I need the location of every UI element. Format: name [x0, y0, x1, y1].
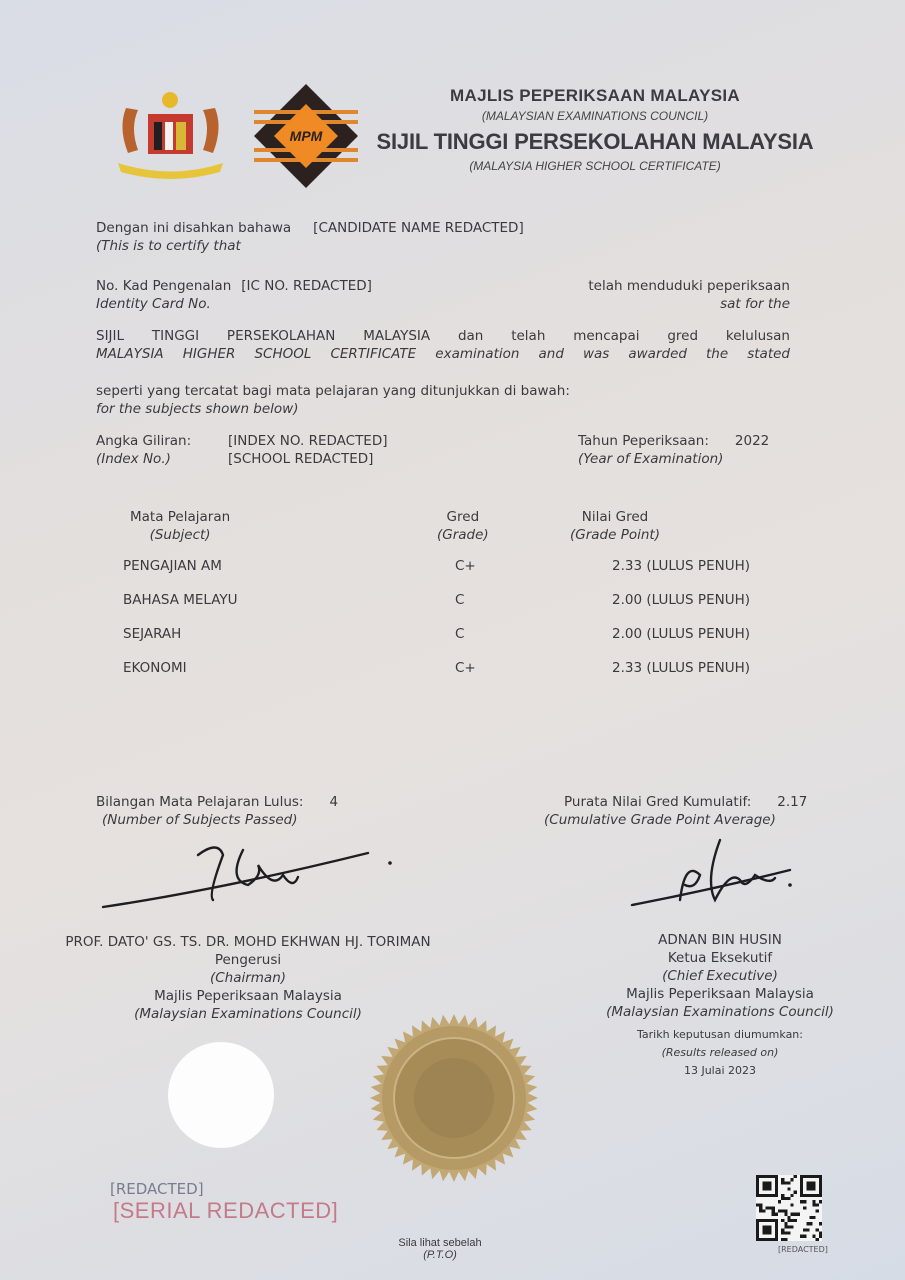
chairman-name: PROF. DATO' GS. TS. DR. MOHD EKHWAN HJ. … — [40, 933, 456, 951]
year-value: 2022 — [735, 433, 769, 449]
certify-block: Dengan ini disahkan bahawa[CANDIDATE NAM… — [96, 219, 524, 255]
passed-value: 4 — [329, 794, 338, 810]
chief-executive-signature — [630, 830, 800, 925]
qr-caption: [REDACTED] — [778, 1245, 828, 1254]
body-line-2: MALAYSIA HIGHER SCHOOL CERTIFICATE exami… — [96, 345, 790, 363]
coat-of-arms-icon — [108, 88, 233, 183]
school-name: [SCHOOL REDACTED] — [228, 450, 388, 468]
identity-block: No. Kad Pengenalan[IC NO. REDACTED] Iden… — [96, 277, 372, 313]
subjects-passed-block: Bilangan Mata Pelajaran Lulus:4 (Number … — [96, 793, 338, 829]
result-row: BAHASA MELAYUC2.00 (LULUS PENUH) — [115, 592, 765, 626]
index-label-block: Angka Giliran: (Index No.) — [96, 432, 191, 468]
punched-hole — [168, 1042, 274, 1148]
certificate-title: SIJIL TINGGI PERSEKOLAHAN MALAYSIA — [370, 129, 820, 155]
passed-label: Bilangan Mata Pelajaran Lulus: — [96, 794, 303, 810]
result-row: SEJARAHC2.00 (LULUS PENUH) — [115, 626, 765, 660]
sat-for-en: sat for the — [588, 295, 790, 313]
mpm-logo-icon: MPM — [252, 82, 360, 190]
chief-executive-name: ADNAN BIN HUSIN — [590, 931, 850, 949]
body-line-3: seperti yang tercatat bagi mata pelajara… — [96, 382, 570, 400]
cgpa-value: 2.17 — [777, 794, 807, 810]
result-row: EKONOMIC+2.33 (LULUS PENUH) — [115, 660, 765, 694]
gold-seal-icon — [368, 1012, 540, 1184]
body-line-1: SIJIL TINGGI PERSEKOLAHAN MALAYSIA dan t… — [96, 327, 790, 345]
index-value-block: [INDEX NO. REDACTED] [SCHOOL REDACTED] — [228, 432, 388, 468]
serial-number: [SERIAL REDACTED] — [113, 1198, 338, 1224]
results-table: Mata Pelajaran(Subject) Gred(Grade) Nila… — [115, 508, 765, 694]
col-grade-point: Nilai Gred(Grade Point) — [570, 508, 660, 544]
chief-executive-block: ADNAN BIN HUSIN Ketua Eksekutif (Chief E… — [590, 931, 850, 1080]
sat-for-block: telah menduduki peperiksaan sat for the — [588, 277, 790, 313]
col-grade: Gred(Grade) — [437, 508, 489, 544]
index-label: Angka Giliran: — [96, 432, 191, 450]
serial-top: [REDACTED] — [110, 1180, 204, 1198]
ic-label: No. Kad Pengenalan — [96, 278, 231, 294]
cgpa-block: Purata Nilai Gred Kumulatif:2.17 (Cumula… — [544, 793, 807, 829]
svg-text:MPM: MPM — [290, 128, 323, 144]
passed-label-en: (Number of Subjects Passed) — [96, 811, 338, 829]
certify-label: Dengan ini disahkan bahawa — [96, 220, 291, 236]
ic-label-en: Identity Card No. — [96, 295, 372, 313]
certificate-title-en: (MALAYSIA HIGHER SCHOOL CERTIFICATE) — [370, 159, 820, 173]
body-line-4: for the subjects shown below) — [96, 400, 299, 418]
council-name-en: (MALAYSIAN EXAMINATIONS COUNCIL) — [370, 109, 820, 123]
results-header: Mata Pelajaran(Subject) Gred(Grade) Nila… — [115, 508, 765, 558]
year-label: Tahun Peperiksaan: — [578, 433, 709, 449]
chairman-block: PROF. DATO' GS. TS. DR. MOHD EKHWAN HJ. … — [40, 933, 456, 1023]
cgpa-label-en: (Cumulative Grade Point Average) — [544, 811, 807, 829]
cgpa-label: Purata Nilai Gred Kumulatif: — [564, 794, 751, 810]
index-value: [INDEX NO. REDACTED] — [228, 432, 388, 450]
ic-value: [IC NO. REDACTED] — [241, 278, 372, 294]
candidate-name: [CANDIDATE NAME REDACTED] — [313, 220, 524, 236]
certificate-header: MAJLIS PEPERIKSAAN MALAYSIA (MALAYSIAN E… — [370, 86, 820, 173]
pto-block: Sila lihat sebelah (P.T.O) — [380, 1237, 500, 1261]
qr-code-icon — [756, 1175, 822, 1241]
chairman-signature — [98, 835, 398, 915]
year-block: Tahun Peperiksaan:2022 (Year of Examinat… — [578, 432, 769, 468]
result-row: PENGAJIAN AMC+2.33 (LULUS PENUH) — [115, 558, 765, 592]
col-subject: Mata Pelajaran(Subject) — [130, 508, 230, 544]
year-label-en: (Year of Examination) — [578, 450, 769, 468]
certify-label-en: (This is to certify that — [96, 237, 524, 255]
sat-for: telah menduduki peperiksaan — [588, 277, 790, 295]
index-label-en: (Index No.) — [96, 450, 191, 468]
release-date: 13 Julai 2023 — [590, 1062, 850, 1080]
council-name: MAJLIS PEPERIKSAAN MALAYSIA — [370, 86, 820, 106]
